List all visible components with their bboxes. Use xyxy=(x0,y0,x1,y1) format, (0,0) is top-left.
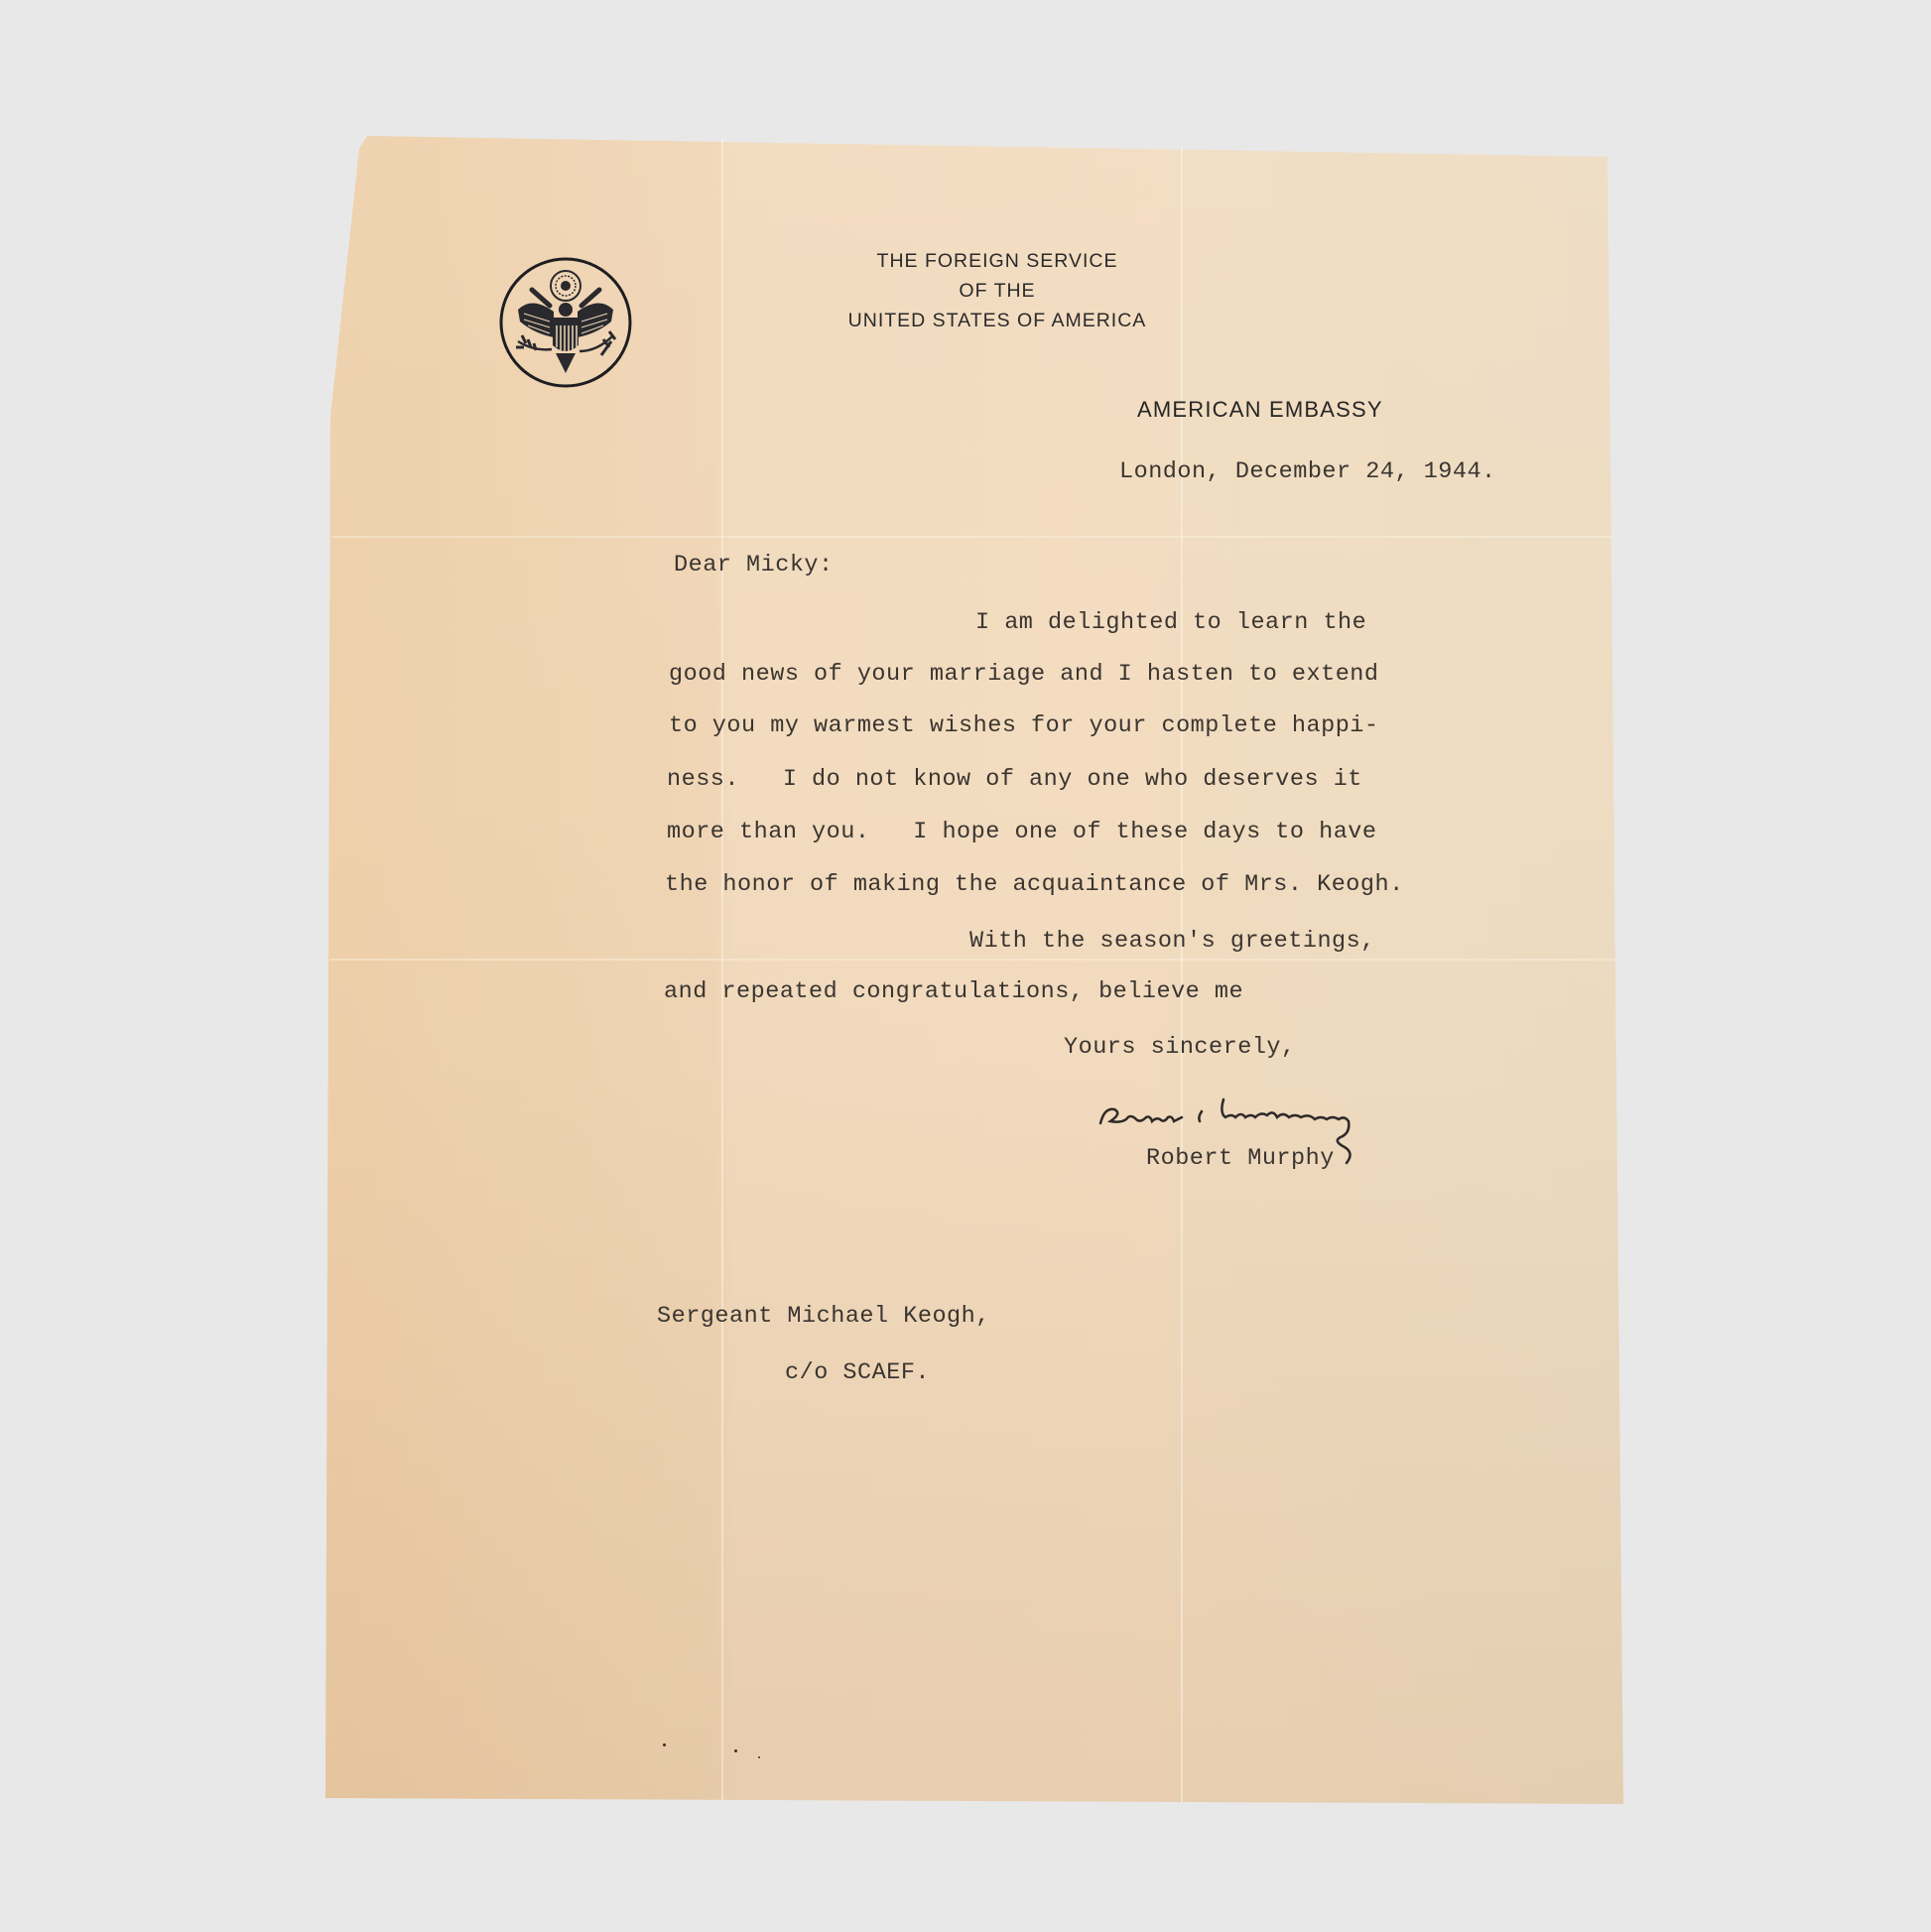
body-line-1: I am delighted to learn the xyxy=(975,609,1366,636)
body-line-4: ness. I do not know of any one who deser… xyxy=(667,766,1362,793)
paper-speck xyxy=(758,1756,760,1758)
embassy-heading: AMERICAN EMBASSY xyxy=(1137,397,1383,423)
letterhead-line-1: THE FOREIGN SERVICE xyxy=(774,246,1221,276)
body-line-6: the honor of making the acquaintance of … xyxy=(665,871,1404,898)
horizontal-fold-middle xyxy=(329,959,1615,961)
letterhead: THE FOREIGN SERVICE OF THE UNITED STATES… xyxy=(774,246,1221,335)
closing: Yours sincerely, xyxy=(1064,1034,1296,1061)
photo-stage: THE FOREIGN SERVICE OF THE UNITED STATES… xyxy=(0,0,1931,1932)
vertical-fold-left xyxy=(721,139,723,1801)
signer-name: Robert Murphy xyxy=(1146,1145,1335,1172)
paper-speck xyxy=(734,1749,737,1752)
letterhead-line-3: UNITED STATES OF AMERICA xyxy=(774,306,1221,335)
salutation: Dear Micky: xyxy=(674,552,834,579)
great-seal-eagle-icon xyxy=(498,256,633,389)
horizontal-fold-top xyxy=(332,536,1612,538)
recipient-address: c/o SCAEF. xyxy=(785,1359,930,1386)
body-line-8: and repeated congratulations, believe me xyxy=(664,978,1243,1005)
body-line-5: more than you. I hope one of these days … xyxy=(667,819,1377,845)
body-line-7: With the season's greetings, xyxy=(969,928,1375,955)
letterhead-line-2: OF THE xyxy=(774,276,1221,306)
date-line: London, December 24, 1944. xyxy=(1119,458,1496,485)
recipient-name: Sergeant Michael Keogh, xyxy=(657,1303,990,1330)
body-line-3: to you my warmest wishes for your comple… xyxy=(669,712,1379,739)
paper-speck xyxy=(663,1743,666,1746)
body-line-2: good news of your marriage and I hasten … xyxy=(669,661,1379,688)
vertical-fold-right xyxy=(1181,147,1183,1802)
